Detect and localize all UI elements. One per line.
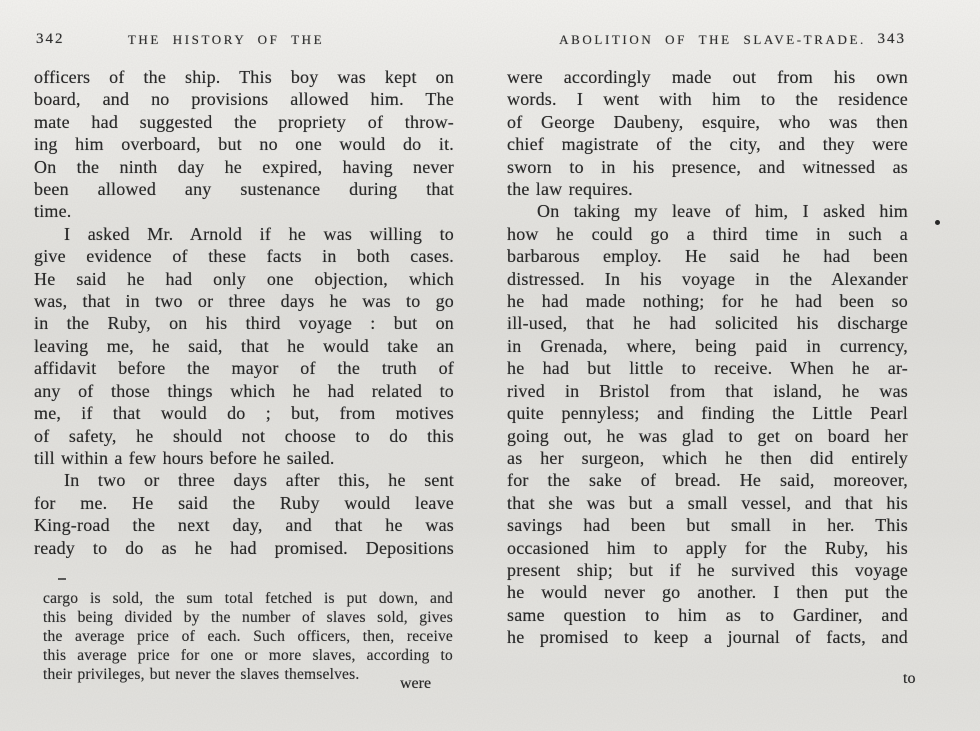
text-line: sworn to in his presence, and witnessed … [507,156,908,178]
text-line: give evidence of these facts in both cas… [34,245,454,267]
left-footnote: cargo is sold, the sum total fetched is … [43,589,453,684]
text-line: ready to do as he had promised. Depositi… [34,537,454,559]
right-page-number: 343 [878,31,907,48]
right-running-title: ABOLITION OF THE SLAVE-TRADE. [512,32,913,48]
left-body-text: officers of the ship. This boy was kept … [34,66,454,559]
text-line: On taking my leave of him, I asked him [507,200,908,222]
text-line: of safety, he should not choose to do th… [34,425,454,447]
text-line: words. I went with him to the residence [507,88,908,110]
text-line: barbarous employ. He said he had been [507,245,908,267]
text-line: he would never go another. I then put th… [507,581,908,603]
text-line: board, and no provisions allowed him. Th… [34,88,454,110]
text-line: mate had suggested the propriety of thro… [34,111,454,133]
text-line: On the ninth day he expired, having neve… [34,156,454,178]
text-line: was, that in two or three days he was to… [34,290,454,312]
text-line: ing him overboard, but no one would do i… [34,133,454,155]
text-line: that she was but a small vessel, and tha… [507,492,908,514]
text-line: their privileges, but never the slaves t… [43,665,453,684]
text-line: for me. He said the Ruby would leave [34,492,454,514]
text-line: been allowed any sustenance during that [34,178,454,200]
text-line: the average price of each. Such officers… [43,627,453,646]
text-line: were accordingly made out from his own [507,66,908,88]
ink-dot-artifact [935,220,940,225]
text-line: for the sake of bread. He said, moreover… [507,469,908,491]
text-line: me, if that would do ; but, from motives [34,402,454,424]
text-line: occasioned him to apply for the Ruby, hi… [507,537,908,559]
text-line: chief magistrate of the city, and they w… [507,133,908,155]
text-line: quite pennyless; and finding the Little … [507,402,908,424]
right-page-header: ABOLITION OF THE SLAVE-TRADE. 343 [507,32,908,50]
scan-dash-artifact [58,578,66,580]
text-line: he had but little to receive. When he ar… [507,357,908,379]
right-page: ABOLITION OF THE SLAVE-TRADE. 343 were a… [507,0,908,731]
text-line: I asked Mr. Arnold if he was willing to [34,223,454,245]
text-line: he promised to keep a journal of facts, … [507,626,908,648]
text-line: how he could go a third time in such a [507,223,908,245]
text-line: distressed. In his voyage in the Alexand… [507,268,908,290]
text-line: of George Daubeny, esquire, who was then [507,111,908,133]
right-body-text: were accordingly made out from his ownwo… [507,66,908,649]
text-line: same question to him as to Gardiner, and [507,604,908,626]
text-line: cargo is sold, the sum total fetched is … [43,589,453,608]
text-line: in Grenada, where, being paid in currenc… [507,335,908,357]
text-line: He said he had only one objection, which [34,268,454,290]
text-line: rived in Bristol from that island, he wa… [507,380,908,402]
text-line: he had made nothing; for he had been so [507,290,908,312]
text-line: going out, he was glad to get on board h… [507,425,908,447]
text-line: this being divided by the number of slav… [43,608,453,627]
text-line: in the Ruby, on his third voyage : but o… [34,312,454,334]
text-line: time. [34,200,454,222]
text-line: any of those things which he had related… [34,380,454,402]
text-line: the law requires. [507,178,908,200]
text-line: In two or three days after this, he sent [34,469,454,491]
text-line: leaving me, he said, that he would take … [34,335,454,357]
text-line: till within a few hours before he sailed… [34,447,454,469]
text-line: ill-used, that he had solicited his disc… [507,312,908,334]
scanned-book-spread: 342 THE HISTORY OF THE officers of the s… [0,0,980,731]
left-running-title: THE HISTORY OF THE [16,32,436,48]
text-line: King-road the next day, and that he was [34,514,454,536]
text-line: as her surgeon, which he then did entire… [507,447,908,469]
left-catchword: were [400,675,431,693]
text-line: officers of the ship. This boy was kept … [34,66,454,88]
text-line: affidavit before the mayor of the truth … [34,357,454,379]
text-line: savings had been but small in her. This [507,514,908,536]
text-line: present ship; but if he survived this vo… [507,559,908,581]
right-catchword: to [903,670,915,688]
text-line: this average price for one or more slave… [43,646,453,665]
left-page: 342 THE HISTORY OF THE officers of the s… [34,0,454,731]
left-page-header: 342 THE HISTORY OF THE [34,32,454,50]
